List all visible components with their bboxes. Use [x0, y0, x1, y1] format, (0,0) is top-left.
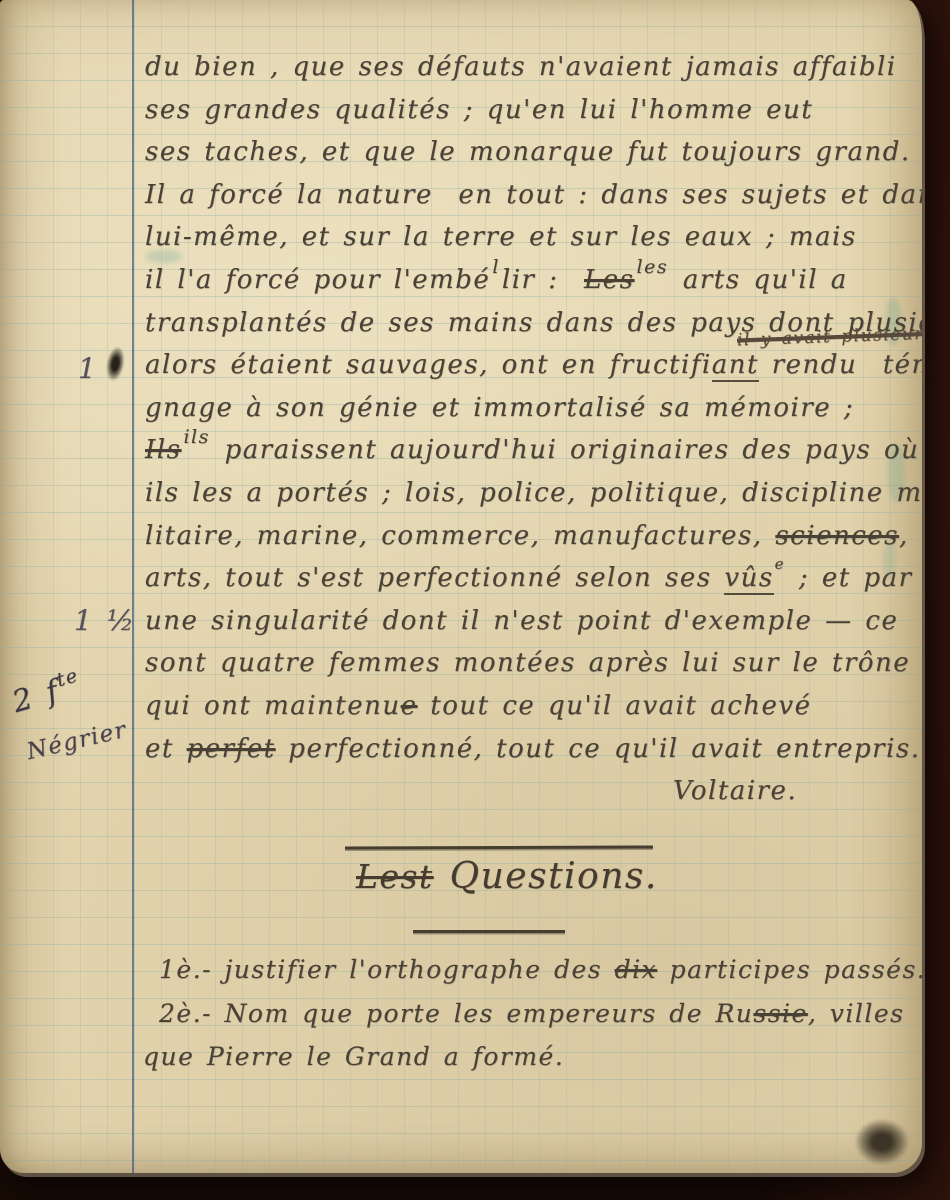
- photo-backdrop: 1 1 ½ 2 fte Négrier du bien , que ses dé…: [0, 0, 950, 1200]
- line-text: sont quatre femmes montées après lui sur…: [145, 648, 910, 678]
- line-text: arts qu'il a: [670, 265, 848, 295]
- dictation-line: ses grandes qualités ; qu'en lui l'homme…: [145, 89, 912, 132]
- line-text: et: [145, 734, 187, 764]
- margin-grade-mark: 1 ½: [74, 604, 135, 637]
- line-text: du bien , que ses défauts n'avaient jama…: [145, 52, 897, 82]
- underlined-letters: ant: [712, 350, 759, 382]
- dictation-line: ses taches, et que le monarque fut toujo…: [145, 131, 912, 174]
- struck-word: dix: [615, 955, 658, 984]
- notebook-page: 1 1 ½ 2 fte Négrier du bien , que ses dé…: [0, 0, 922, 1173]
- dictation-line: et perfet perfectionné, tout ce qu'il av…: [145, 728, 912, 771]
- fault-count-superscript: te: [57, 675, 78, 681]
- line-text: arts, tout s'est perfectionné selon ses: [145, 563, 724, 593]
- dictation-line: Il a forcé la nature en tout : dans ses …: [145, 174, 912, 217]
- margin-grade-mark: 1: [78, 352, 97, 385]
- ink-smudge: [844, 1110, 920, 1173]
- struck-word: Ils: [145, 435, 181, 465]
- line-text: lui-même, et sur la terre et sur les eau…: [145, 222, 857, 252]
- questions-list: 1è.- justifier l'orthographe des dix par…: [143, 948, 912, 1079]
- margin-rule-line: [132, 0, 134, 1173]
- underlined-word: vûs: [724, 563, 773, 595]
- heading-underline-rule: [413, 930, 565, 933]
- dictation-line: du bien , que ses défauts n'avaient jama…: [145, 46, 912, 89]
- question-text: participes passés.: [657, 955, 922, 984]
- dictation-line: lui-même, et sur la terre et sur les eau…: [145, 216, 912, 259]
- question-text: 2è.- Nom que porte les empereurs de Ru: [159, 999, 753, 1028]
- line-text: perfectionné, tout ce qu'il avait entrep…: [276, 734, 921, 764]
- dictation-line: il l'a forcé pour l'embéllir : Lesles ar…: [145, 259, 912, 302]
- dictation-text: du bien , que ses défauts n'avaient jama…: [145, 46, 912, 813]
- question-text: 1è.- justifier l'orthographe des: [159, 955, 615, 984]
- dictation-line: sont quatre femmes montées après lui sur…: [145, 642, 912, 685]
- struck-letters: ssie: [753, 999, 807, 1028]
- dictation-line: Ilsils paraissent aujourd'hui originaire…: [145, 429, 912, 472]
- crossed-out-correction: il y avait plusieurs: [737, 326, 922, 350]
- question-item: 2è.- Nom que porte les empereurs de Russ…: [143, 992, 912, 1036]
- line-text: tout ce qu'il avait achevé: [418, 691, 812, 721]
- dictation-line: qui ont maintenue tout ce qu'il avait ac…: [145, 685, 912, 728]
- line-text: Il a forcé la nature en tout : dans ses …: [145, 180, 922, 210]
- line-text: ses grandes qualités ; qu'en lui l'homme…: [145, 95, 813, 125]
- heading-text: Questions.: [434, 856, 658, 897]
- struck-word: Lest: [356, 857, 434, 896]
- dictation-line: gnage à son génie et immortalisé sa mémo…: [145, 387, 912, 430]
- line-text: ses taches, et que le monarque fut toujo…: [145, 137, 911, 167]
- dictation-line: une singularité dont il n'est point d'ex…: [145, 600, 912, 643]
- line-text: paraissent aujourd'hui originaires des p…: [212, 435, 920, 465]
- line-text: , beaux-: [899, 521, 922, 551]
- dictation-line: arts, tout s'est perfectionné selon ses …: [145, 557, 912, 600]
- line-text: une singularité dont il n'est point d'ex…: [145, 606, 898, 636]
- dictation-line: alors étaient sauvages, ont en fructifia…: [145, 344, 912, 387]
- struck-word: perfet: [187, 734, 276, 764]
- question-text: , villes: [808, 999, 905, 1028]
- question-text: que Pierre le Grand a formé.: [143, 1042, 564, 1071]
- line-text: il l'a forcé pour l'embé: [145, 265, 490, 295]
- line-text: ; et par: [786, 563, 912, 593]
- line-text: qui ont maintenu: [145, 691, 401, 721]
- line-text: gnage à son génie et immortalisé sa mémo…: [145, 393, 854, 423]
- line-text: litaire, marine, commerce, manufactures,: [145, 521, 775, 551]
- dictation-line: ils les a portés ; lois, police, politiq…: [145, 472, 912, 515]
- dictation-line: litaire, marine, commerce, manufactures,…: [145, 515, 912, 558]
- struck-word: Les: [584, 265, 635, 295]
- line-text: ils les a portés ; lois, police, politiq…: [145, 478, 922, 508]
- struck-word: sciences: [775, 521, 899, 551]
- line-text: rendu témoi-: [759, 350, 922, 380]
- struck-letter: e: [401, 691, 418, 721]
- question-item-continuation: que Pierre le Grand a formé.: [143, 1035, 912, 1079]
- line-text: lir :: [502, 265, 584, 295]
- question-item: 1è.- justifier l'orthographe des dix par…: [143, 948, 912, 992]
- line-text: alors étaient sauvages, ont en fructifi: [145, 350, 712, 380]
- questions-heading: Lest Questions.: [356, 856, 658, 897]
- author-attribution: Voltaire.: [145, 770, 912, 813]
